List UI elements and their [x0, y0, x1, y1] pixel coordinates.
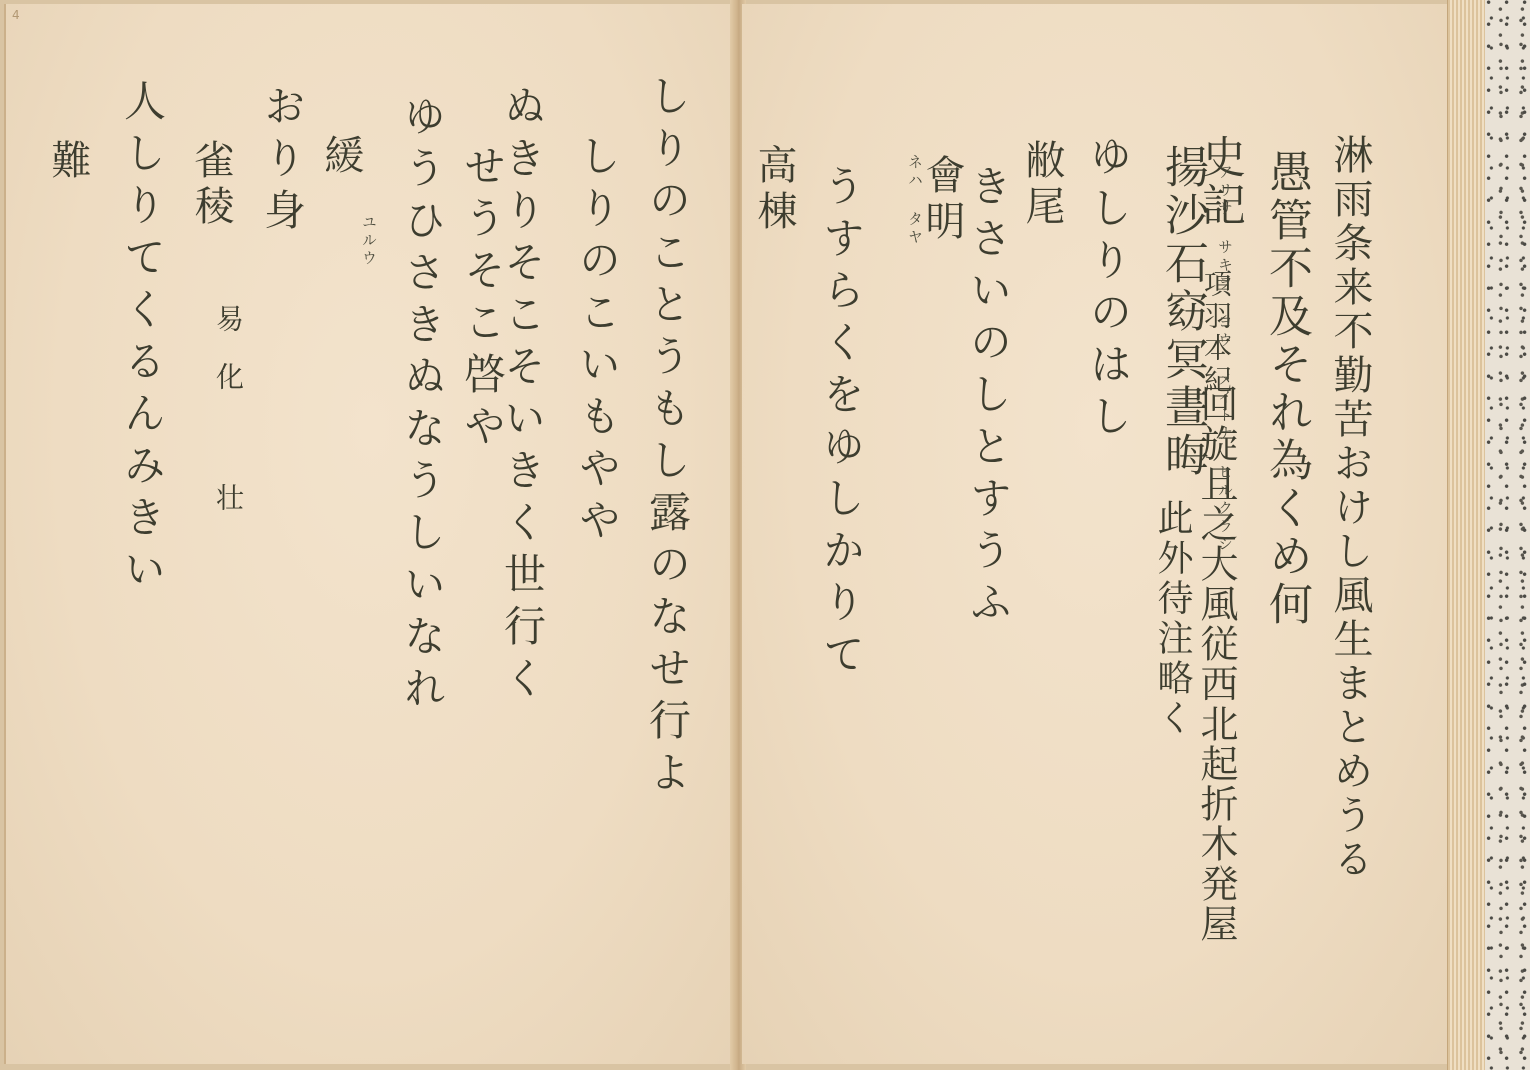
text-column: ぬきりそこそいきく世行く — [501, 84, 543, 664]
text-column: 揚沙石窈冥晝晦 — [1160, 144, 1204, 480]
open-book: 4 しりのことうもし露のなせ行よ しりのこいもやや ぬきりそこそいきく世行く せ… — [0, 0, 1530, 1070]
page-mark: 4 — [12, 8, 20, 22]
text-column: うすらくをゆしかりて — [820, 164, 862, 684]
text-column: おり身 — [261, 84, 303, 354]
text-column: 雀稜 — [191, 139, 231, 231]
ruby-annotation: アリサ サキヲ ヨウ メイトナ ヒルクラシ — [1217, 164, 1232, 604]
text-column: 易化 壮 — [214, 304, 242, 541]
page-edges — [1447, 0, 1486, 1070]
text-column: 淋雨条来不勤苦おけし風生まとめうる — [1330, 134, 1370, 854]
left-page: 4 しりのことうもし露のなせ行よ しりのこいもやや ぬきりそこそいきく世行く せ… — [4, 4, 736, 1064]
text-column: 人しりてくるんみきい — [121, 79, 163, 719]
text-column: ゆうひさきぬなうしいなれ — [401, 94, 443, 694]
text-column: 難 — [48, 139, 88, 185]
text-column: 此外待注略く — [1154, 499, 1190, 739]
text-column: きさいのしとすうふ — [967, 164, 1009, 624]
right-page: 淋雨条来不勤苦おけし風生まとめうる 愚管不及それ為くめ何 史記 項羽本紀 回旋且… — [742, 4, 1447, 1064]
text-column: ゆしりのはし — [1087, 134, 1129, 444]
text-column: 敝尾 — [1022, 139, 1062, 231]
text-column: 會明 — [922, 154, 962, 246]
text-column: しりのことうもし露のなせ行よ — [646, 74, 688, 774]
text-column: 愚管不及それ為くめ何 — [1264, 149, 1308, 669]
book-cover-edge — [1485, 0, 1530, 1070]
text-column: せうそこ啓や — [461, 144, 503, 474]
text-column: しりのこいもやや — [576, 134, 618, 584]
text-column: 高棟 — [754, 144, 794, 236]
ruby-annotation: ユルウ — [361, 214, 376, 268]
ruby-annotation: ネハ タヤ — [907, 154, 922, 247]
text-column: 緩 — [321, 134, 361, 180]
